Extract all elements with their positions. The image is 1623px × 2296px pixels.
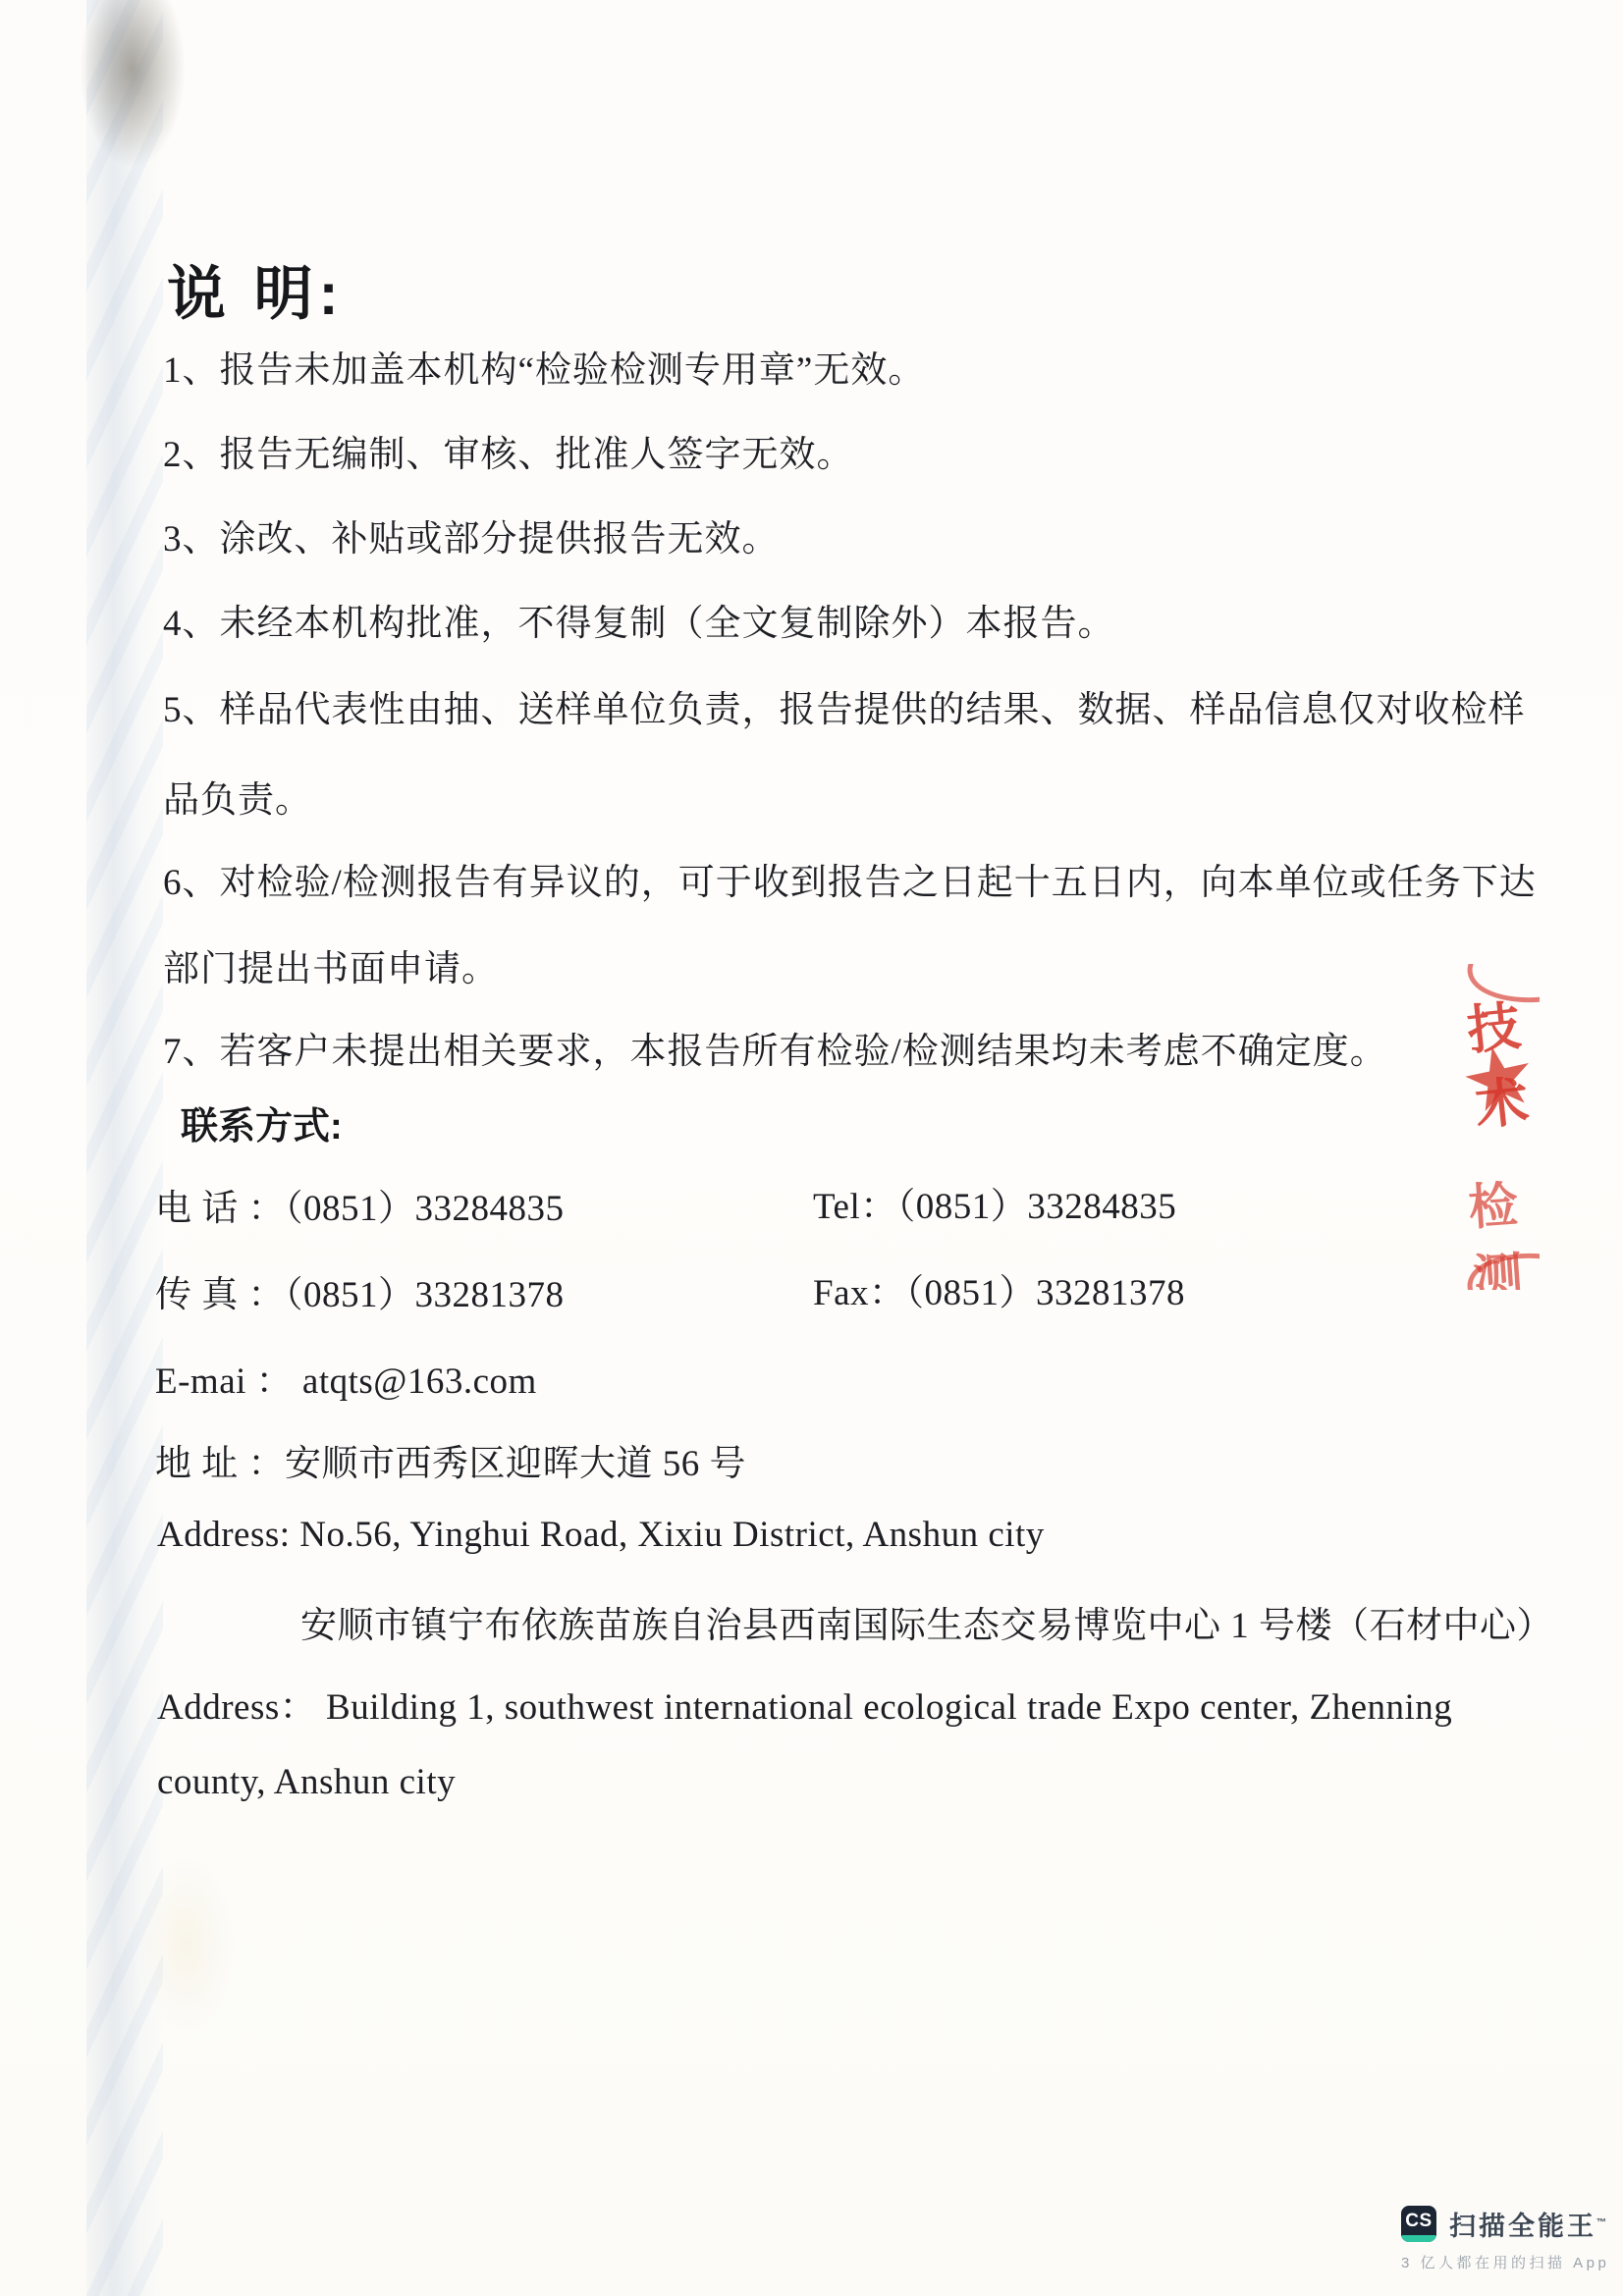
notice-line-5: 5、样品代表性由抽、送样单位负责，报告提供的结果、数据、样品信息仅对收检样 <box>163 679 1526 732</box>
notice-line-7: 7、若客户未提出相关要求，本报告所有检验/检测结果均未考虑不确定度。 <box>163 1021 1387 1074</box>
seal-text-bottom: 检测 <box>1466 1164 1540 1290</box>
contact-heading: 联系方式: <box>181 1095 343 1149</box>
contact-address-zh1: 地 址 ：安顺市西秀区迎晖大道 56 号 <box>155 1433 746 1486</box>
seal-arc-top <box>1465 964 1540 1012</box>
contact-fax-en: Fax：（0851）33281378 <box>813 1262 1185 1315</box>
scan-corner-shadow <box>59 0 206 206</box>
contact-phone-en: Tel：（0851）33284835 <box>813 1176 1176 1229</box>
notice-line-3: 3、涂改、补贴或部分提供报告无效。 <box>163 508 780 561</box>
notice-line-6-cont: 部门提出书面申请。 <box>163 938 499 991</box>
contact-fax-zh: 传 真 ：（0851）33281378 <box>155 1264 565 1317</box>
seal-arc-bottom <box>1465 1244 1540 1290</box>
camscanner-brand-name: 扫描全能王™ <box>1449 2205 1606 2243</box>
notice-line-6: 6、对检验/检测报告有异议的，可于收到报告之日起十五日内，向本单位或任务下达 <box>163 852 1537 905</box>
contact-address-en1: Address: No.56, Yinghui Road, Xixiu Dist… <box>157 1514 1045 1556</box>
contact-address-en2: Address： Building 1, southwest internati… <box>157 1677 1452 1730</box>
scanned-report-notes-page: 说 明: 1、报告未加盖本机构“检验检测专用章”无效。 2、报告无编制、审核、批… <box>0 0 1623 2296</box>
notice-line-4: 4、未经本机构批准，不得复制（全文复制除外）本报告。 <box>163 593 1115 646</box>
camscanner-logo-accent-bar <box>1401 2235 1436 2242</box>
page-title: 说 明: <box>167 247 345 332</box>
seal-text-top: 技术 <box>1465 983 1540 1140</box>
scan-paper-smudge <box>118 1816 255 2071</box>
contact-phone-zh: 电 话 ：（0851）33284835 <box>155 1178 565 1231</box>
contact-address-en2-cont: county, Anshun city <box>157 1761 456 1803</box>
notice-line-2: 2、报告无编制、审核、批准人签字无效。 <box>163 424 854 477</box>
camscanner-logo-letters: CS <box>1401 2207 1436 2235</box>
contact-email: E-mai ： atqts@163.com <box>155 1351 537 1404</box>
scan-edge-texture <box>86 0 163 2296</box>
camscanner-logo-icon: CS <box>1401 2206 1436 2242</box>
camscanner-brand-text: 扫描全能王 <box>1449 2212 1596 2241</box>
notice-line-5-cont: 品负责。 <box>163 770 312 823</box>
camscanner-tagline: 3 亿人都在用的扫描 App <box>1401 2252 1607 2272</box>
red-seal-fragment: 技术 ★ 检测 <box>1465 964 1540 1290</box>
contact-address-zh2: 安顺市镇宁布依族苗族自治县西南国际生态交易博览中心 1 号楼（石材中心） <box>300 1595 1553 1648</box>
trademark-symbol: ™ <box>1596 2217 1606 2228</box>
seal-star-icon: ★ <box>1465 1030 1540 1128</box>
notice-line-1: 1、报告未加盖本机构“检验检测专用章”无效。 <box>163 340 925 393</box>
camscanner-watermark: CS 扫描全能王™ 3 亿人都在用的扫描 App <box>1401 2205 1607 2272</box>
